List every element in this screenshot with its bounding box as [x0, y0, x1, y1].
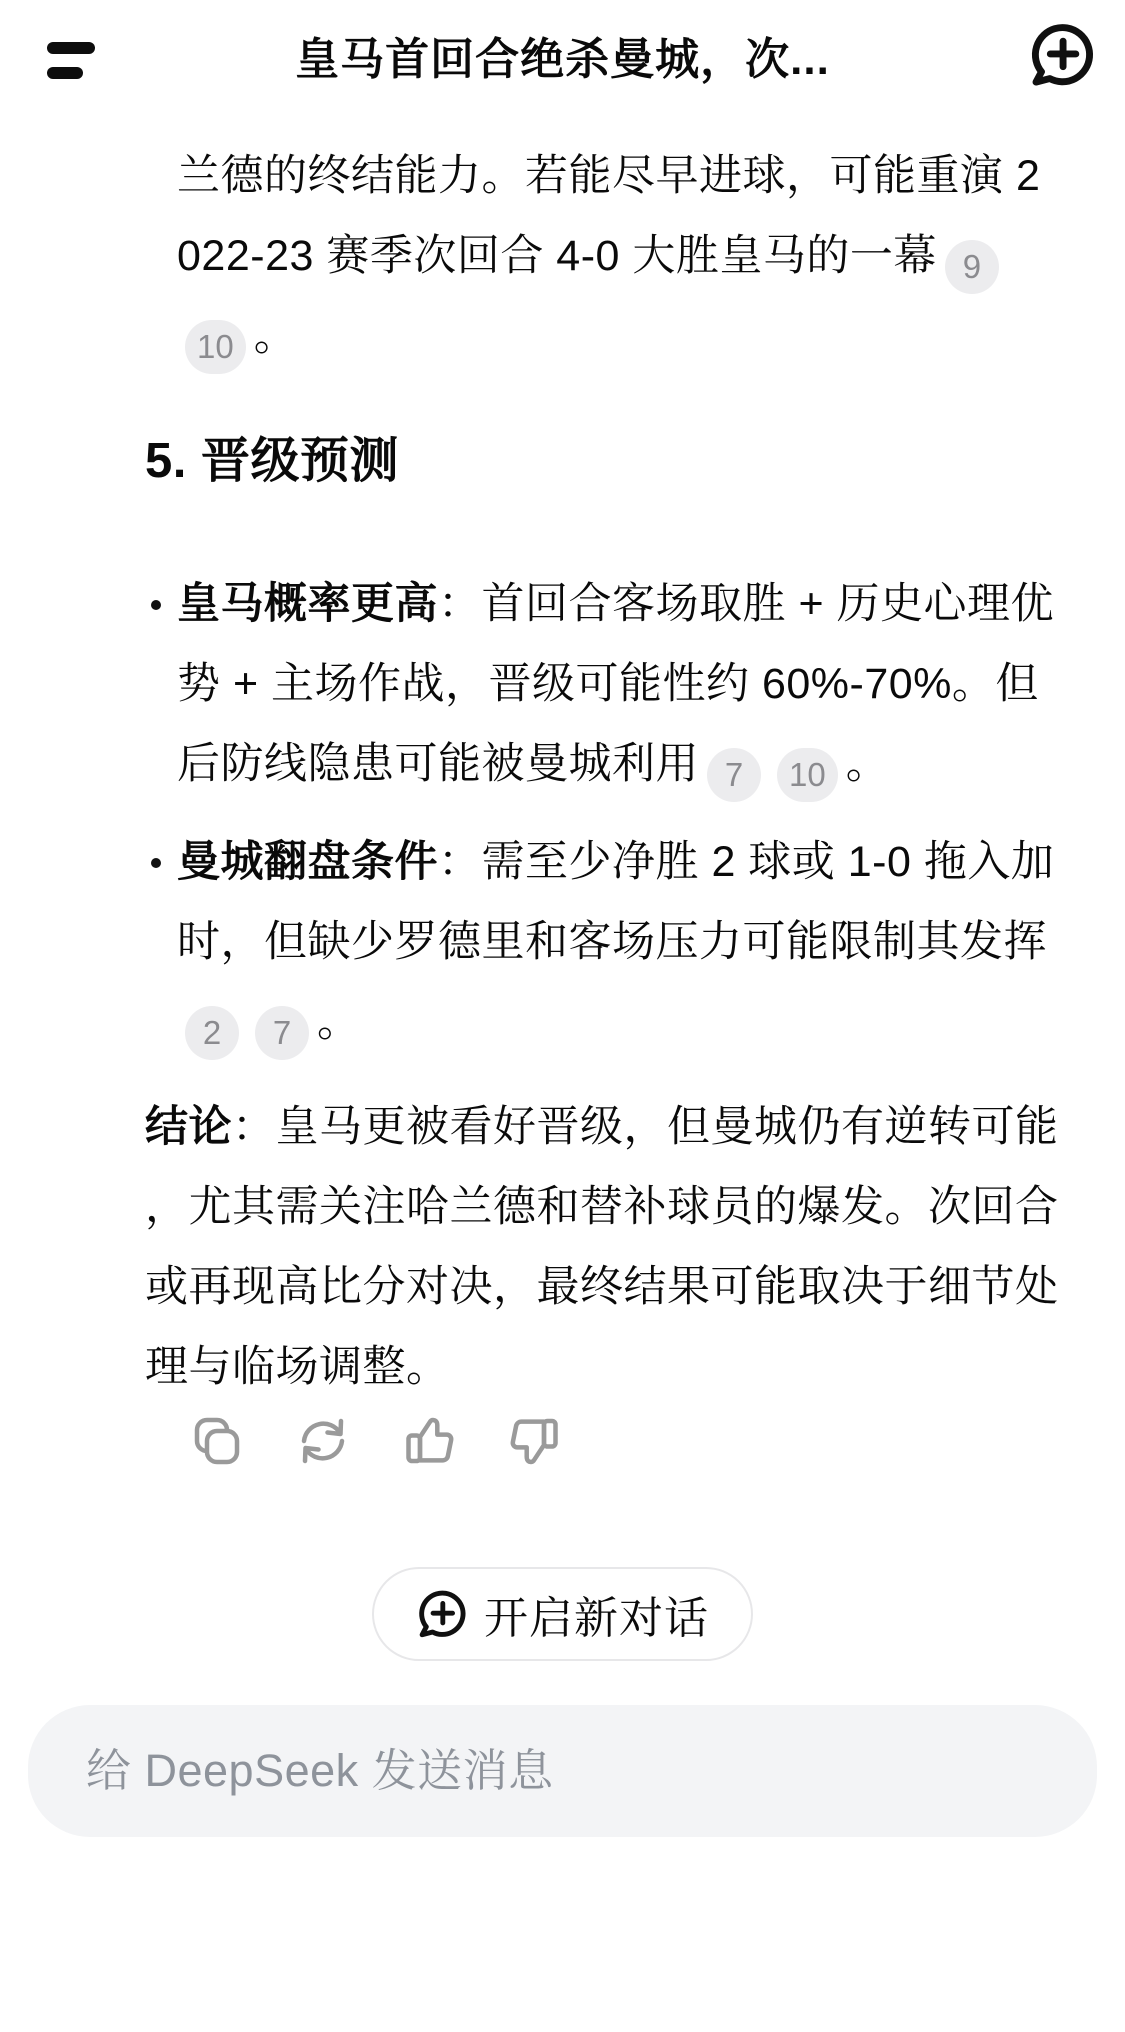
composer-bar	[28, 1705, 1097, 1837]
bullet-suffix: 。	[846, 740, 890, 788]
menu-icon[interactable]	[25, 20, 95, 90]
page-title: 皇马首回合绝杀曼城，次...	[295, 23, 830, 87]
assistant-message: 兰德的终结能力。若能尽早进球，可能重演 2022-23 赛季次回合 4-0 大胜…	[0, 110, 1125, 1467]
paragraph-suffix: 。	[254, 312, 298, 360]
thumbs-down-icon[interactable]	[509, 1415, 561, 1467]
conclusion-text: ：皇马更被看好晋级，但曼城仍有逆转可能，尤其需关注哈兰德和替补球员的爆发。次回合…	[145, 1103, 1059, 1391]
bullet-marker	[151, 858, 161, 868]
new-chat-bubble-plus-icon[interactable]	[1024, 17, 1100, 93]
message-input[interactable]	[84, 1744, 1041, 1798]
citation-badge[interactable]: 10	[185, 320, 246, 374]
citation-badge[interactable]: 10	[777, 748, 838, 802]
new-chat-row: 开启新对话	[0, 1567, 1125, 1661]
thumbs-up-icon[interactable]	[403, 1415, 455, 1467]
bullet-lead: 曼城翻盘条件	[177, 838, 438, 886]
citation-badge[interactable]: 2	[185, 1006, 239, 1060]
new-chat-bubble-plus-icon	[416, 1588, 468, 1640]
new-chat-button[interactable]: 开启新对话	[372, 1567, 753, 1661]
list-item: 皇马概率更高：首回合客场取胜 + 历史心理优势 + 主场作战，晋级可能性约 60…	[145, 564, 1060, 804]
message-actions	[145, 1415, 1060, 1467]
regenerate-icon[interactable]	[297, 1415, 349, 1467]
copy-icon[interactable]	[191, 1415, 243, 1467]
bullet-lead: 皇马概率更高	[177, 580, 438, 628]
menu-bar	[47, 42, 95, 54]
section-heading: 5. 晋级预测	[145, 430, 1060, 492]
app-header: 皇马首回合绝杀曼城，次...	[0, 0, 1125, 110]
bullet-marker	[151, 600, 161, 610]
citation-badge[interactable]: 7	[707, 748, 761, 802]
bullet-suffix: 。	[317, 998, 361, 1046]
citation-badge[interactable]: 9	[945, 240, 999, 294]
paragraph-text: 兰德的终结能力。若能尽早进球，可能重演 2022-23 赛季次回合 4-0 大胜…	[177, 152, 1040, 280]
list-item: 曼城翻盘条件：需至少净胜 2 球或 1-0 拖入加时，但缺少罗德里和客场压力可能…	[145, 822, 1060, 1062]
conclusion-lead: 结论	[145, 1103, 232, 1151]
conclusion-paragraph: 结论：皇马更被看好晋级，但曼城仍有逆转可能，尤其需关注哈兰德和替补球员的爆发。次…	[145, 1087, 1060, 1407]
message-paragraph: 兰德的终结能力。若能尽早进球，可能重演 2022-23 赛季次回合 4-0 大胜…	[177, 136, 1060, 376]
new-chat-button-label: 开启新对话	[484, 1582, 709, 1646]
citation-badge[interactable]: 7	[255, 1006, 309, 1060]
bullet-list: 皇马概率更高：首回合客场取胜 + 历史心理优势 + 主场作战，晋级可能性约 60…	[145, 564, 1060, 1062]
menu-bar	[47, 67, 83, 79]
